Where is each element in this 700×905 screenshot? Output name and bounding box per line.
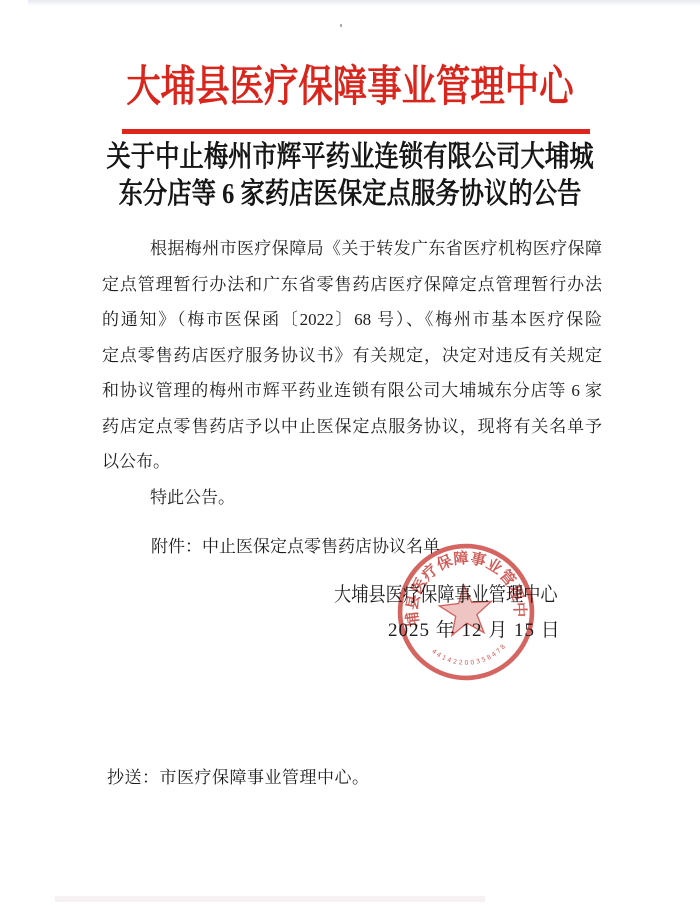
document-title-line2: 东分店等 6 家药店医保定点服务协议的公告: [56, 176, 644, 213]
seal-graphic: 大埔县医疗保障事业管理中心 44142200358478: [389, 535, 543, 689]
attachment-line: 附件：中止医保定点零售药店协议名单: [151, 536, 440, 558]
signature-org-name: 大埔县医疗保障事业管理中心: [334, 582, 558, 608]
body-line: 的通知》（梅市医保函〔2022〕68 号）、《梅州市基本医疗保险: [102, 302, 602, 338]
cc-line: 抄送：市医疗保障事业管理中心。: [107, 766, 370, 790]
body-line: 定点零售药店医疗服务协议书》有关规定，决定对违反有关规定: [102, 338, 602, 374]
body-line: 药店定点零售药店予以中止医保定点服务协议，现将有关名单予: [102, 409, 602, 445]
official-red-seal: 大埔县医疗保障事业管理中心 44142200358478: [389, 535, 543, 689]
body-line: 定点管理暂行办法和广东省零售药店医疗保障定点管理暂行办法: [102, 267, 602, 303]
body-line: 和协议管理的梅州市辉平药业连锁有限公司大埔城东分店等 6 家: [102, 373, 602, 409]
signature-date: 2025 年 12 月 15 日: [388, 618, 561, 644]
body-line: 以公布。: [102, 444, 602, 480]
scanned-document-page: 大埔县医疗保障事业管理中心 关于中止梅州市辉平药业连锁有限公司大埔城 东分店等 …: [0, 0, 700, 905]
document-title: 关于中止梅州市辉平药业连锁有限公司大埔城 东分店等 6 家药店医保定点服务协议的…: [56, 139, 644, 213]
scan-artifact-top-edge: [28, 0, 700, 6]
document-title-line1: 关于中止梅州市辉平药业连锁有限公司大埔城: [56, 139, 644, 176]
letterhead-divider-rule: [122, 129, 590, 134]
body-line: 根据梅州市医疗保障局《关于转发广东省医疗机构医疗保障: [102, 231, 602, 267]
scan-artifact-speck: [340, 24, 342, 27]
seal-code: 44142200358478: [430, 642, 510, 670]
seal-ring: [395, 541, 538, 684]
svg-text:44142200358478: 44142200358478: [430, 642, 510, 670]
letterhead-org-name: 大埔县医疗保障事业管理中心: [70, 63, 630, 113]
document-body: 根据梅州市医疗保障局《关于转发广东省医疗机构医疗保障 定点管理暂行办法和广东省零…: [102, 231, 602, 515]
body-line-closing: 特此公告。: [102, 480, 602, 516]
scan-artifact-bottom-edge: [55, 896, 485, 902]
